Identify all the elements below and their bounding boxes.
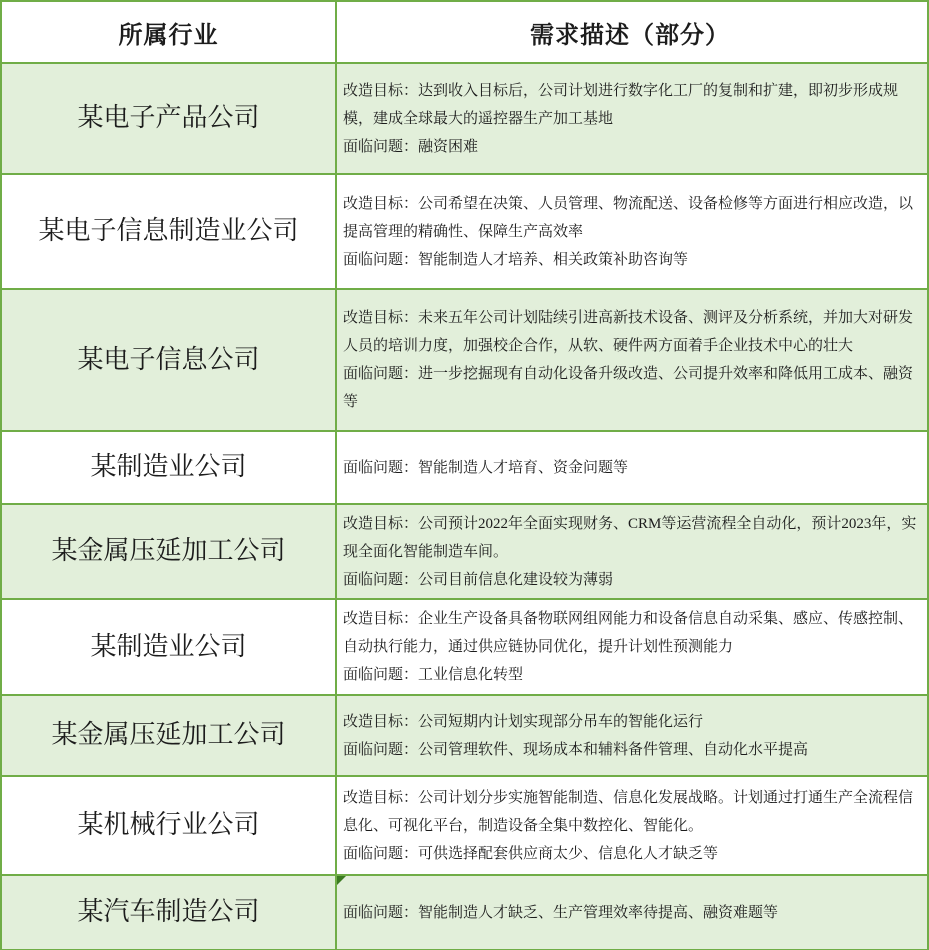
industry-cell: 某制造业公司 xyxy=(2,432,337,503)
description-cell: 改造目标：未来五年公司计划陆续引进高新技术设备、测评及分析系统，并加大对研发人员… xyxy=(337,290,927,430)
description-cell: 改造目标：达到收入目标后，公司计划进行数字化工厂的复制和扩建，即初步形成规模，建… xyxy=(337,64,927,173)
description-line: 改造目标：公司希望在决策、人员管理、物流配送、设备检修等方面进行相应改造，以提高… xyxy=(343,190,917,246)
description-line: 改造目标：达到收入目标后，公司计划进行数字化工厂的复制和扩建，即初步形成规模，建… xyxy=(343,77,917,133)
table-row: 某金属压延加工公司 改造目标：公司预计2022年全面实现财务、CRM等运营流程全… xyxy=(2,505,927,600)
description-line: 面临问题：进一步挖掘现有自动化设备升级改造、公司提升效率和降低用工成本、融资等 xyxy=(343,360,917,416)
table-row: 某电子信息制造业公司 改造目标：公司希望在决策、人员管理、物流配送、设备检修等方… xyxy=(2,175,927,290)
description-line: 改造目标：公司预计2022年全面实现财务、CRM等运营流程全自动化，预计2023… xyxy=(343,510,917,566)
industry-demand-table: 所属行业 需求描述（部分） 某电子产品公司 改造目标：达到收入目标后，公司计划进… xyxy=(0,0,929,950)
description-cell: 改造目标：公司预计2022年全面实现财务、CRM等运营流程全自动化，预计2023… xyxy=(337,505,927,598)
table-row: 某机械行业公司 改造目标：公司计划分步实施智能制造、信息化发展战略。计划通过打通… xyxy=(2,777,927,876)
column-header-description: 需求描述（部分） xyxy=(337,2,927,62)
industry-cell: 某制造业公司 xyxy=(2,600,337,694)
description-cell: 改造目标：公司短期内计划实现部分吊车的智能化运行面临问题：公司管理软件、现场成本… xyxy=(337,696,927,775)
description-line: 面临问题：智能制造人才培养、相关政策补助咨询等 xyxy=(343,246,917,274)
table-row: 某制造业公司 面临问题：智能制造人才培育、资金问题等 xyxy=(2,432,927,505)
description-cell: 改造目标：公司希望在决策、人员管理、物流配送、设备检修等方面进行相应改造，以提高… xyxy=(337,175,927,288)
column-header-industry: 所属行业 xyxy=(2,2,337,62)
industry-cell: 某机械行业公司 xyxy=(2,777,337,874)
table-row: 某电子信息公司 改造目标：未来五年公司计划陆续引进高新技术设备、测评及分析系统，… xyxy=(2,290,927,432)
industry-cell: 某汽车制造公司 xyxy=(2,876,337,949)
table-row: 某汽车制造公司 面临问题：智能制造人才缺乏、生产管理效率待提高、融资难题等 xyxy=(2,876,927,949)
table-header-row: 所属行业 需求描述（部分） xyxy=(2,2,927,64)
description-line: 面临问题：公司管理软件、现场成本和辅料备件管理、自动化水平提高 xyxy=(343,736,917,764)
cell-corner-marker-icon xyxy=(337,876,346,885)
description-line: 面临问题：可供选择配套供应商太少、信息化人才缺乏等 xyxy=(343,840,917,868)
description-line: 改造目标：公司计划分步实施智能制造、信息化发展战略。计划通过打通生产全流程信息化… xyxy=(343,784,917,840)
description-line: 改造目标：公司短期内计划实现部分吊车的智能化运行 xyxy=(343,708,917,736)
description-line: 面临问题：工业信息化转型 xyxy=(343,661,917,689)
description-line: 面临问题：融资困难 xyxy=(343,133,917,161)
table-row: 某金属压延加工公司 改造目标：公司短期内计划实现部分吊车的智能化运行面临问题：公… xyxy=(2,696,927,777)
table-row: 某电子产品公司 改造目标：达到收入目标后，公司计划进行数字化工厂的复制和扩建，即… xyxy=(2,64,927,175)
description-line: 改造目标：企业生产设备具备物联网组网能力和设备信息自动采集、感应、传感控制、自动… xyxy=(343,605,917,661)
industry-cell: 某金属压延加工公司 xyxy=(2,505,337,598)
industry-cell: 某金属压延加工公司 xyxy=(2,696,337,775)
industry-cell: 某电子信息公司 xyxy=(2,290,337,430)
description-line: 面临问题：智能制造人才缺乏、生产管理效率待提高、融资难题等 xyxy=(343,899,917,927)
description-cell: 面临问题：智能制造人才培育、资金问题等 xyxy=(337,432,927,503)
description-line: 改造目标：未来五年公司计划陆续引进高新技术设备、测评及分析系统，并加大对研发人员… xyxy=(343,304,917,360)
industry-cell: 某电子信息制造业公司 xyxy=(2,175,337,288)
description-cell: 面临问题：智能制造人才缺乏、生产管理效率待提高、融资难题等 xyxy=(337,876,927,949)
table-row: 某制造业公司 改造目标：企业生产设备具备物联网组网能力和设备信息自动采集、感应、… xyxy=(2,600,927,696)
description-line: 面临问题：智能制造人才培育、资金问题等 xyxy=(343,454,917,482)
description-line: 面临问题：公司目前信息化建设较为薄弱 xyxy=(343,566,917,594)
description-cell: 改造目标：公司计划分步实施智能制造、信息化发展战略。计划通过打通生产全流程信息化… xyxy=(337,777,927,874)
industry-cell: 某电子产品公司 xyxy=(2,64,337,173)
description-cell: 改造目标：企业生产设备具备物联网组网能力和设备信息自动采集、感应、传感控制、自动… xyxy=(337,600,927,694)
